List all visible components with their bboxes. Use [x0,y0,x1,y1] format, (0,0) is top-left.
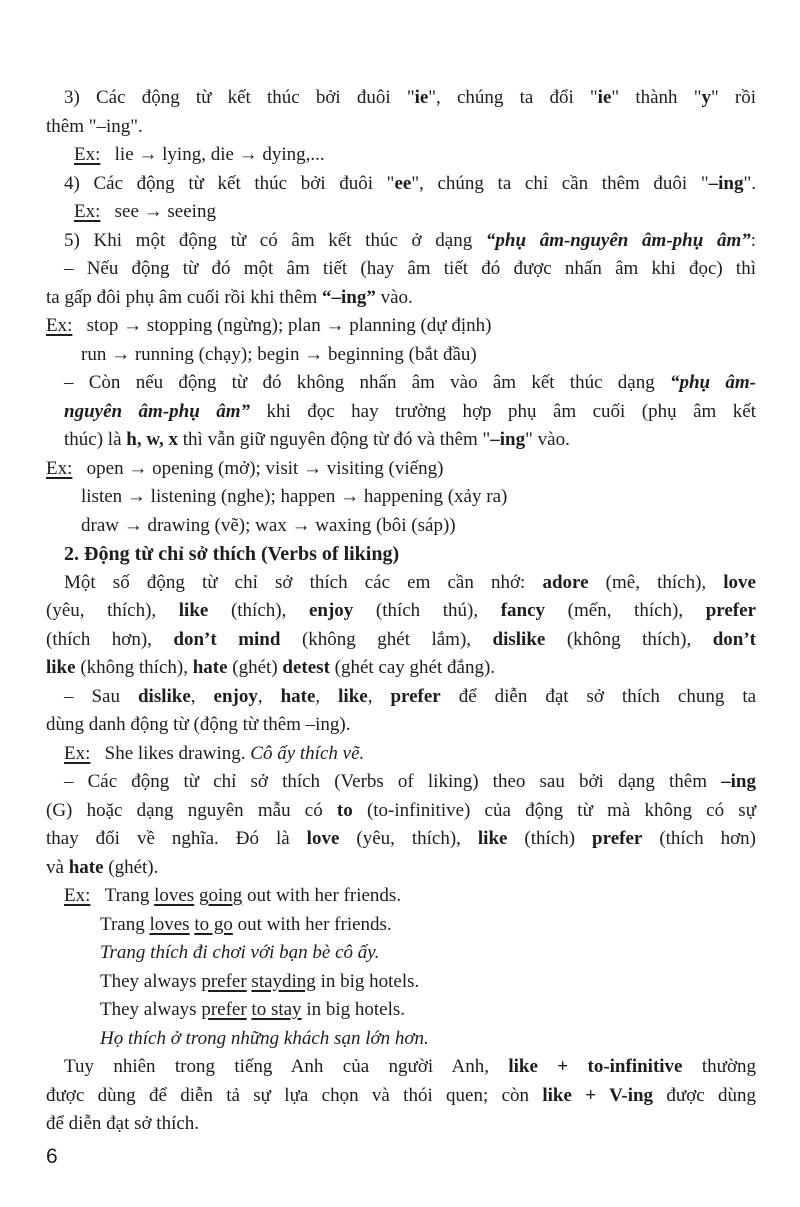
scanned-book-page: 3) Các động từ kết thúc bởi đuôi "ie", c… [0,0,800,1207]
text-run: Trang [100,914,149,935]
text-run: loves [154,885,194,906]
example-line: Ex: She likes drawing. Cô ấy thích vẽ. [64,740,756,769]
text-run: hate [193,657,228,678]
text-run: , [368,686,391,707]
text-run: 4) Các động từ kết thúc bởi đuôi " [64,173,394,194]
text-run: khi đọc hay trường hợp phụ âm cuối (phụ … [250,401,756,422]
text-run: to stay [251,999,301,1020]
text-run: – Các động từ chỉ sở thích (Verbs of lik… [64,771,721,792]
text-run: to [337,800,353,821]
example-line: Ex: open → opening (mở); visit → visitin… [46,455,756,484]
text-run: (thích) [507,828,592,849]
text-run: loves [149,914,189,935]
text-line: – Sau dislike, enjoy, hate, like, prefer… [64,683,756,712]
text-run: love [723,572,756,593]
text-line: ta gấp đôi phụ âm cuối rồi khi thêm “–in… [46,284,756,313]
text-run: in big hotels. [302,999,405,1020]
text-line: 3) Các động từ kết thúc bởi đuôi "ie", c… [64,84,756,113]
text-run: going [199,885,242,906]
text-run: fancy [501,600,545,621]
text-run: like + to-infinitive [508,1056,682,1077]
text-line: 5) Khi một động từ có âm kết thúc ở dạng… [64,227,756,256]
text-run: (không thích), [545,629,712,650]
text-line: – Nếu động từ đó một âm tiết (hay âm tiế… [64,255,756,284]
text-run: They always [100,971,201,992]
text-run: Một số động từ chỉ sở thích các em cần n… [64,572,542,593]
text-run: (yêu, thích), [46,600,179,621]
text-line: like (không thích), hate (ghét) detest (… [46,654,756,683]
text-run: : [751,230,756,251]
text-run: She likes drawing. [90,743,250,764]
text-run: (to-infinitive) của động từ mà không có … [353,800,756,821]
text-run: Ex: [64,743,90,764]
text-run: They always [100,999,201,1020]
text-run: like [338,686,368,707]
text-run: stayding [251,971,315,992]
example-line: They always prefer to stay in big hotels… [100,996,756,1025]
text-run: enjoy [214,686,258,707]
text-run: (không ghét lắm), [280,629,492,650]
text-run: prefer [592,828,642,849]
text-run: detest [282,657,329,678]
text-run: Tuy nhiên trong tiếng Anh của người Anh, [64,1056,508,1077]
text-line: nguyên âm-phụ âm” khi đọc hay trường hợp… [64,398,756,427]
text-run: (thích thú), [353,600,500,621]
example-line: listen → listening (nghe); happen → happ… [81,483,756,512]
text-run: love [307,828,340,849]
text-run: để diễn đạt sở thích. [46,1113,199,1134]
text-line: để diễn đạt sở thích. [46,1110,756,1139]
text-run: Ex: [64,885,90,906]
text-run: h, w, x [126,429,178,450]
text-run: ie [598,87,612,108]
example-line: Ex: see → seeing [74,198,756,227]
example-translation: Trang thích đi chơi với bạn bè cô ấy. [100,939,756,968]
text-run: (yêu, thích), [339,828,478,849]
text-line: (yêu, thích), like (thích), enjoy (thích… [46,597,756,626]
text-run: Ex: [74,144,100,165]
text-run: (thích), [208,600,309,621]
text-line: – Các động từ chỉ sở thích (Verbs of lik… [64,768,756,797]
text-run: thì vẫn giữ nguyên động từ đó và thêm " [178,429,490,450]
text-run: out with her friends. [233,914,392,935]
text-run: nguyên âm-phụ âm” [64,401,250,422]
text-run: dislike [493,629,546,650]
example-translation: Họ thích ở trong những khách sạn lớn hơn… [100,1025,756,1054]
text-run: thay đổi về nghĩa. Đó là [46,828,307,849]
example-line: draw → drawing (vẽ); wax → waxing (bôi (… [81,512,756,541]
text-run: (không thích), [76,657,193,678]
text-run: Cô ấy thích vẽ. [250,743,364,764]
text-line: được dùng để diễn tả sự lựa chọn và thói… [46,1082,756,1111]
text-line: Tuy nhiên trong tiếng Anh của người Anh,… [64,1053,756,1082]
text-run: (mến, thích), [545,600,706,621]
text-run: ", chúng ta đổi " [428,87,597,108]
text-line: (G) hoặc dạng nguyên mẫu có to (to-infin… [46,797,756,826]
text-run: prefer [390,686,440,707]
text-run: ", chúng ta chỉ cần thêm đuôi " [411,173,708,194]
text-run: out with her friends. [242,885,401,906]
text-run: prefer [201,999,246,1020]
text-run: –ing [721,771,756,792]
text-run: dislike [138,686,191,707]
text-run: ie [415,87,429,108]
text-run: được dùng [653,1085,756,1106]
text-run: – Sau [64,686,138,707]
text-run: in big hotels. [316,971,419,992]
text-run: Trang thích đi chơi với bạn bè cô ấy. [100,942,379,963]
text-run: y [701,87,711,108]
text-run: 5) Khi một động từ có âm kết thúc ở dạng [64,230,486,251]
text-run: vào. [376,287,413,308]
text-run: 2. Động từ chỉ sở thích (Verbs of liking… [64,543,399,565]
text-run: to go [194,914,233,935]
text-run: (mê, thích), [589,572,724,593]
text-run: , [258,686,281,707]
text-run: ta gấp đôi phụ âm cuối rồi khi thêm [46,287,322,308]
text-run: và [46,857,69,878]
text-run: enjoy [309,600,353,621]
text-run: like [478,828,508,849]
text-run: hate [69,857,104,878]
text-run: like + V-ing [542,1085,653,1106]
text-run: lie → lying, die → dying,... [100,144,324,165]
text-run: Ex: [46,315,72,336]
text-run: , [191,686,214,707]
text-run: thêm "–ing". [46,116,143,137]
text-run: “–ing” [322,287,376,308]
text-run: Ex: [46,458,72,479]
text-run: dùng danh động từ (động từ thêm –ing). [46,714,351,735]
text-run: “phụ âm-nguyên âm-phụ âm” [486,230,751,251]
text-run: don’t [713,629,756,650]
text-run: adore [542,572,588,593]
text-line: thúc) là h, w, x thì vẫn giữ nguyên động… [64,426,756,455]
text-run: thúc) là [64,429,126,450]
text-run: listen → listening (nghe); happen → happ… [81,486,507,507]
text-line: dùng danh động từ (động từ thêm –ing). [46,711,756,740]
text-run: để diễn đạt sở thích chung ta [441,686,756,707]
text-run: – Còn nếu động từ đó không nhấn âm vào â… [64,372,670,393]
example-line: Trang loves to go out with her friends. [100,911,756,940]
text-run: ". [743,173,756,194]
text-run: (ghét). [104,857,159,878]
text-run: (ghét) [228,657,283,678]
text-run: –ing [709,173,744,194]
text-run: run → running (chạy); begin → beginning … [81,344,477,365]
text-line: thêm "–ing". [46,113,756,142]
text-run: – Nếu động từ đó một âm tiết (hay âm tiế… [64,258,756,279]
text-run: Trang [90,885,154,906]
text-run: 3) Các động từ kết thúc bởi đuôi " [64,87,415,108]
page-number: 6 [46,1145,58,1169]
text-run: " rồi [711,87,756,108]
text-line: 4) Các động từ kết thúc bởi đuôi "ee", c… [64,170,756,199]
example-line: Ex: stop → stopping (ngừng); plan → plan… [46,312,756,341]
text-run: , [315,686,338,707]
example-line: Ex: lie → lying, die → dying,... [74,141,756,170]
text-line: và hate (ghét). [46,854,756,883]
example-line: They always prefer stayding in big hotel… [100,968,756,997]
text-line: (thích hơn), don’t mind (không ghét lắm)… [46,626,756,655]
text-run: được dùng để diễn tả sự lựa chọn và thói… [46,1085,542,1106]
text-run: don’t mind [173,629,280,650]
text-run: stop → stopping (ngừng); plan → planning… [72,315,491,336]
text-run: prefer [201,971,246,992]
text-run: " thành " [611,87,701,108]
text-line: – Còn nếu động từ đó không nhấn âm vào â… [64,369,756,398]
example-line: run → running (chạy); begin → beginning … [81,341,756,370]
text-run: hate [281,686,316,707]
text-run: ee [394,173,411,194]
text-line: thay đổi về nghĩa. Đó là love (yêu, thíc… [46,825,756,854]
text-run: Họ thích ở trong những khách sạn lớn hơn… [100,1028,429,1049]
text-run: (G) hoặc dạng nguyên mẫu có [46,800,337,821]
text-run: “phụ âm- [670,372,756,393]
section-heading: 2. Động từ chỉ sở thích (Verbs of liking… [64,540,756,569]
text-run: see → seeing [100,201,216,222]
text-block: 3) Các động từ kết thúc bởi đuôi "ie", c… [46,84,756,1139]
text-run: open → opening (mở); visit → visiting (v… [72,458,443,479]
text-run: Ex: [74,201,100,222]
text-run: like [46,657,76,678]
example-line: Ex: Trang loves going out with her frien… [64,882,756,911]
text-run: " vào. [525,429,570,450]
text-run: (thích hơn), [46,629,173,650]
text-run: prefer [706,600,756,621]
text-run: (thích hơn) [642,828,756,849]
text-run: like [179,600,209,621]
text-run: –ing [490,429,525,450]
text-run: (ghét cay ghét đắng). [330,657,495,678]
text-line: Một số động từ chỉ sở thích các em cần n… [64,569,756,598]
text-run: thường [683,1056,757,1077]
text-run: draw → drawing (vẽ); wax → waxing (bôi (… [81,515,456,536]
